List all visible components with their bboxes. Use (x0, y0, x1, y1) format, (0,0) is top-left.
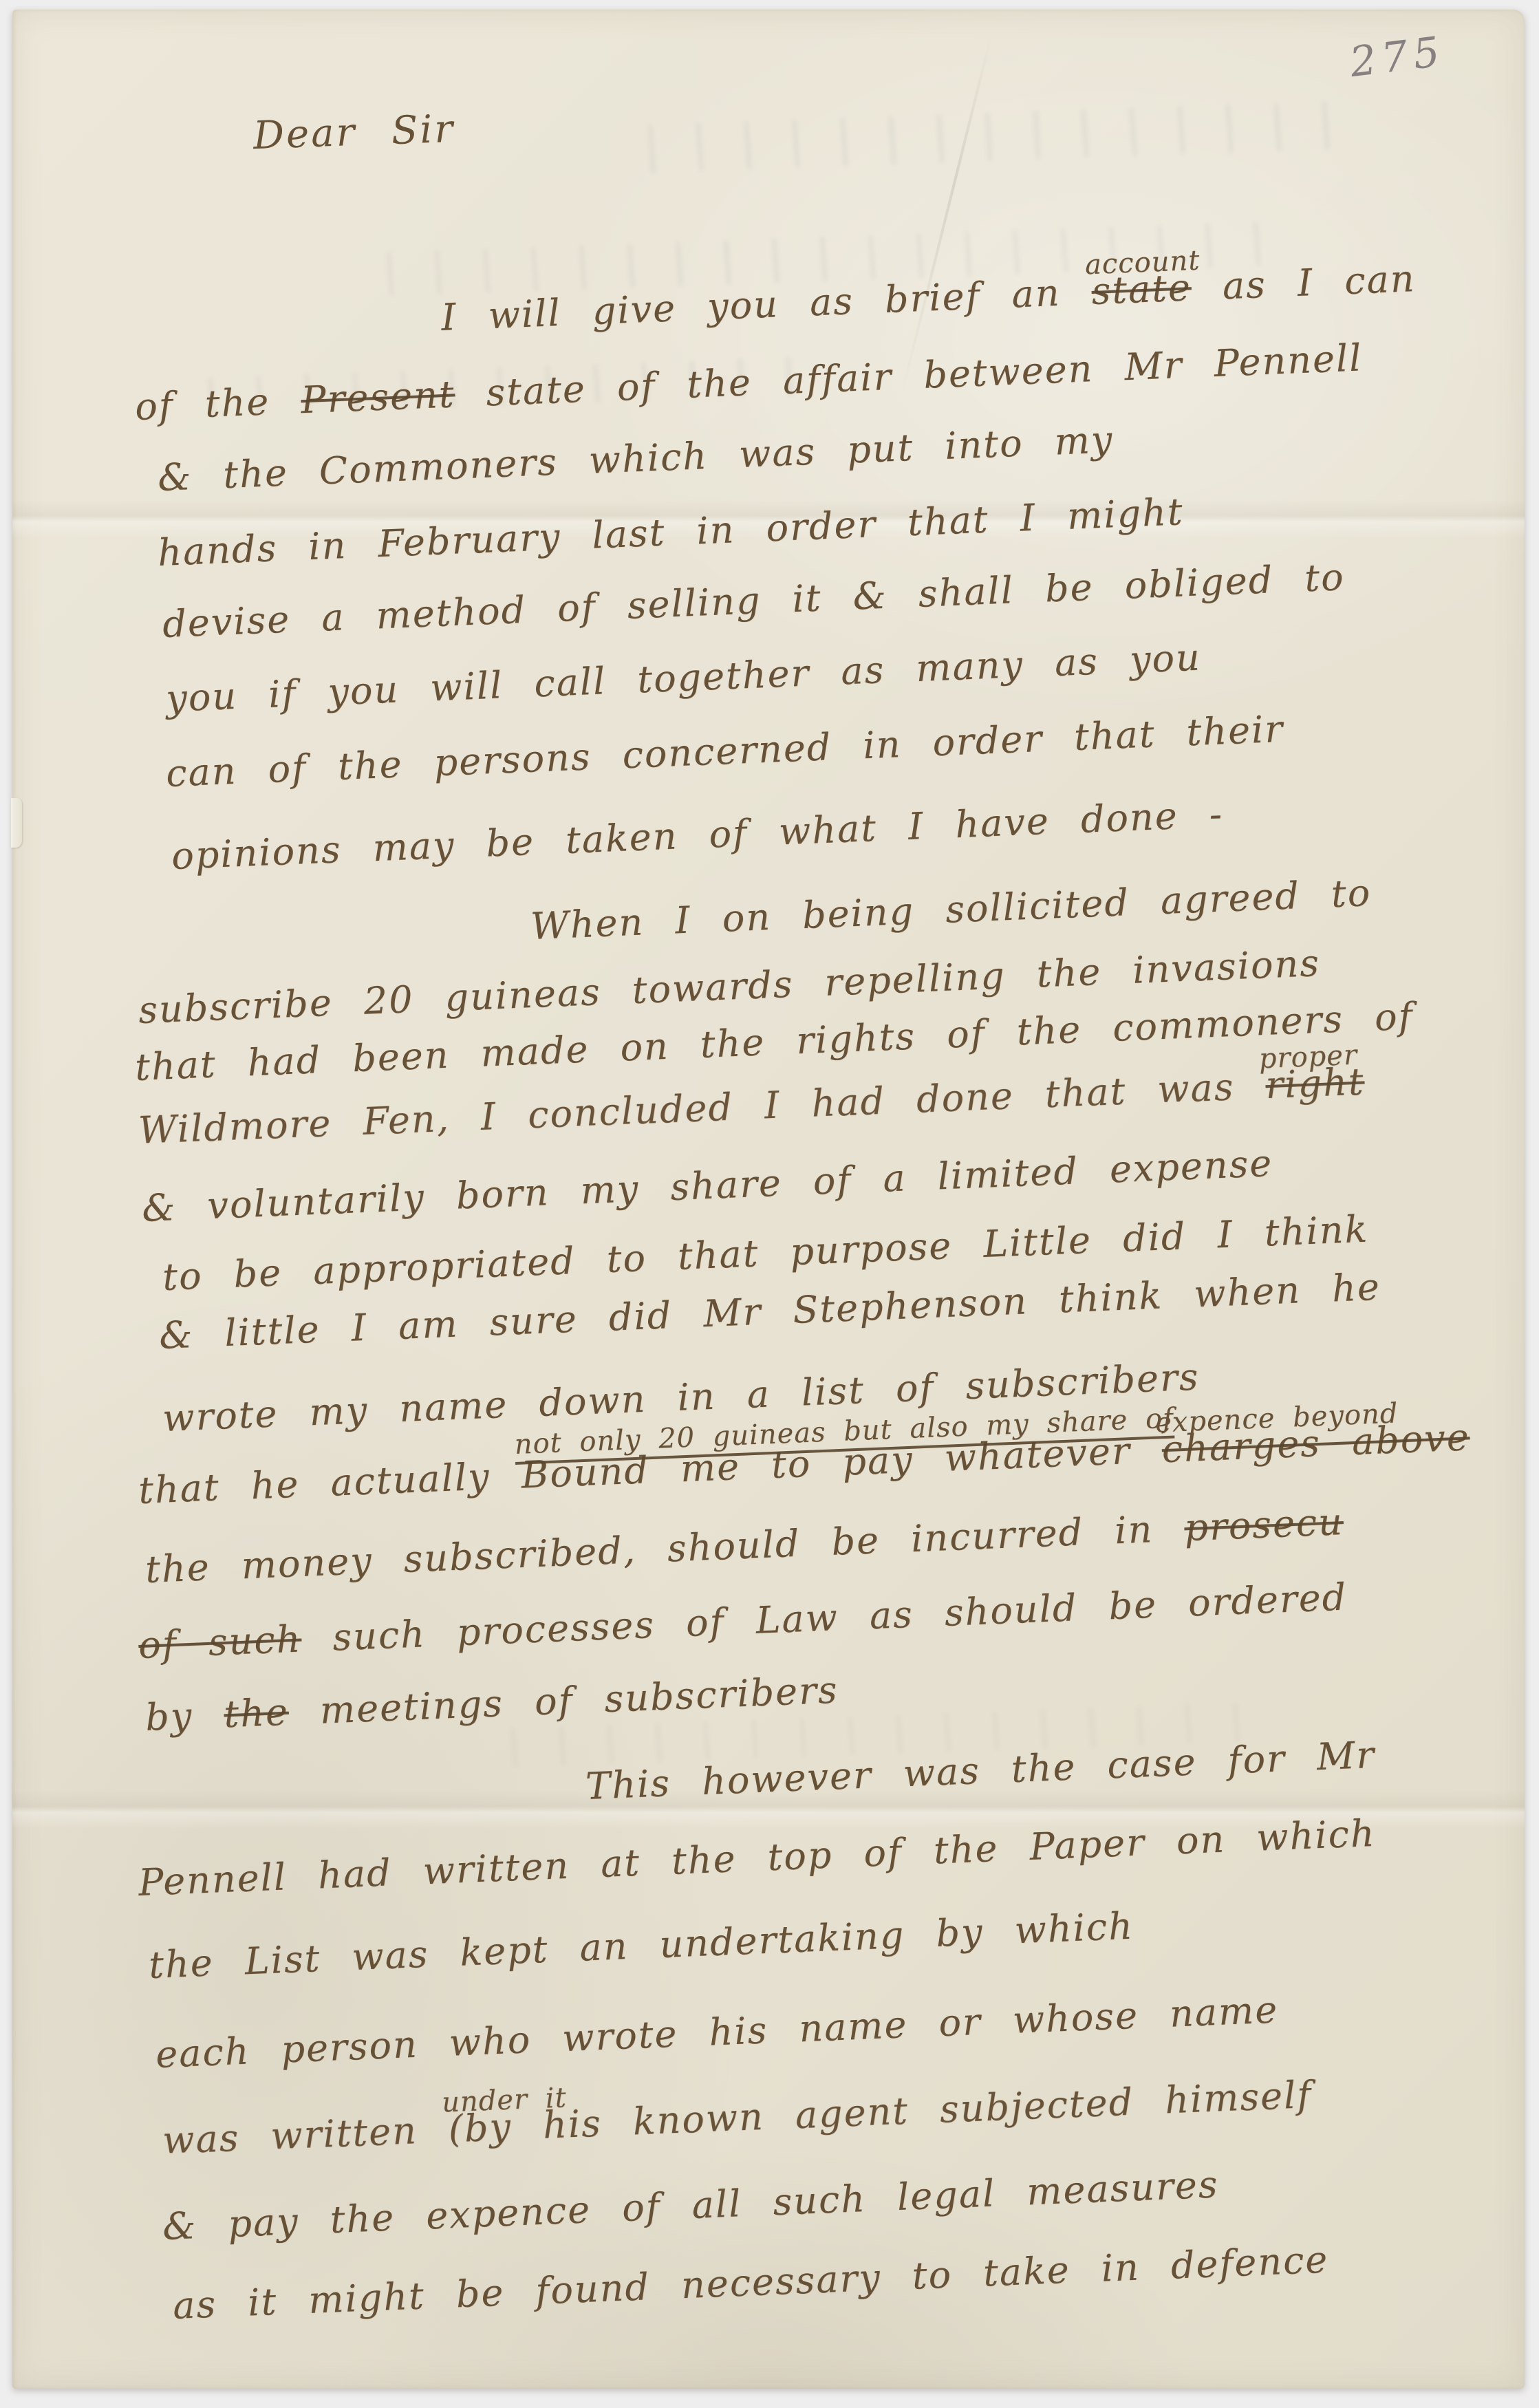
letter-line: Pennell had written at the top of the Pa… (138, 1812, 1377, 1904)
letter-line: I will give you as brief an accountstate… (440, 257, 1417, 339)
letter-line: of the Present state of the affair betwe… (134, 336, 1364, 429)
text-segment: When I on being sollicited agreed to (530, 871, 1372, 948)
text-segment: & the Commoners which was put into my (157, 418, 1115, 499)
text-segment: meetings of subscribers (288, 1668, 839, 1734)
letter-line: This however was the case for Mr (585, 1733, 1376, 1808)
text-segment: opinions may be taken of what I have don… (171, 793, 1224, 878)
text-segment: that he actually (138, 1454, 522, 1512)
text-segment: the List was kept an undertaking by whic… (148, 1904, 1134, 1987)
text-segment: of the (134, 378, 302, 429)
text-segment: & voluntarily born my share of a limited… (141, 1141, 1273, 1230)
letter-line: devise a method of selling it & shall be… (162, 555, 1346, 646)
struck-text: of such (138, 1617, 303, 1666)
letter-line: each person who wrote his name or whose … (155, 1988, 1279, 2076)
text-segment: as I can (1190, 257, 1416, 309)
struck-text: the (223, 1690, 290, 1737)
letter-line: you if you will call together as many as… (165, 636, 1202, 720)
letter-line: was written under it(by his known agent … (162, 2073, 1313, 2162)
struck-text: prosecu (1183, 1500, 1344, 1549)
letter-line: opinions may be taken of what I have don… (171, 793, 1224, 878)
text-segment: the money subscribed, should be incurred… (144, 1506, 1185, 1591)
text-segment: was written (162, 2107, 449, 2162)
text-segment: such processes of Law as should be order… (301, 1575, 1348, 1660)
letter-line: of such such processes of Law as should … (138, 1575, 1348, 1667)
text-segment: can of the persons concerned in order th… (165, 707, 1284, 795)
text-segment: (by his known agent subjected himself (448, 2073, 1313, 2151)
text-segment: state of the affair between Mr Pennell (454, 336, 1363, 416)
text-segment: as it might be found necessary to take i… (172, 2238, 1329, 2328)
text-segment: This however was the case for Mr (585, 1733, 1376, 1808)
letter-line: & voluntarily born my share of a limited… (141, 1141, 1273, 1230)
text-segment: each person who wrote his name or whose … (155, 1988, 1279, 2076)
struck-text: Present (300, 372, 456, 422)
text-segment: I will give you as brief an (440, 270, 1093, 339)
letter-line: When I on being sollicited agreed to (530, 871, 1372, 948)
letter-line: & the Commoners which was put into my (157, 418, 1115, 499)
text-segment: you if you will call together as many as… (165, 636, 1202, 720)
text-segment: Pennell had written at the top of the Pa… (138, 1812, 1377, 1904)
letter-line: & pay the expence of all such legal meas… (162, 2162, 1220, 2248)
letter-body: I will give you as brief an accountstate… (0, 0, 1539, 2408)
letter-line: as it might be found necessary to take i… (172, 2238, 1329, 2328)
scanned-letter-image: { "scan": { "page_number": "275", "backg… (0, 0, 1539, 2408)
text-segment: by (144, 1692, 225, 1739)
letter-line: by the meetings of subscribers (144, 1668, 839, 1739)
letter-line: the money subscribed, should be incurred… (144, 1500, 1344, 1591)
letter-line: hands in February last in order that I m… (157, 490, 1185, 574)
letter-line: can of the persons concerned in order th… (165, 707, 1284, 795)
text-segment: & pay the expence of all such legal meas… (162, 2162, 1220, 2248)
letter-line: the List was kept an undertaking by whic… (148, 1904, 1134, 1987)
text-segment: devise a method of selling it & shall be… (162, 555, 1346, 646)
text-segment: hands in February last in order that I m… (157, 490, 1185, 574)
